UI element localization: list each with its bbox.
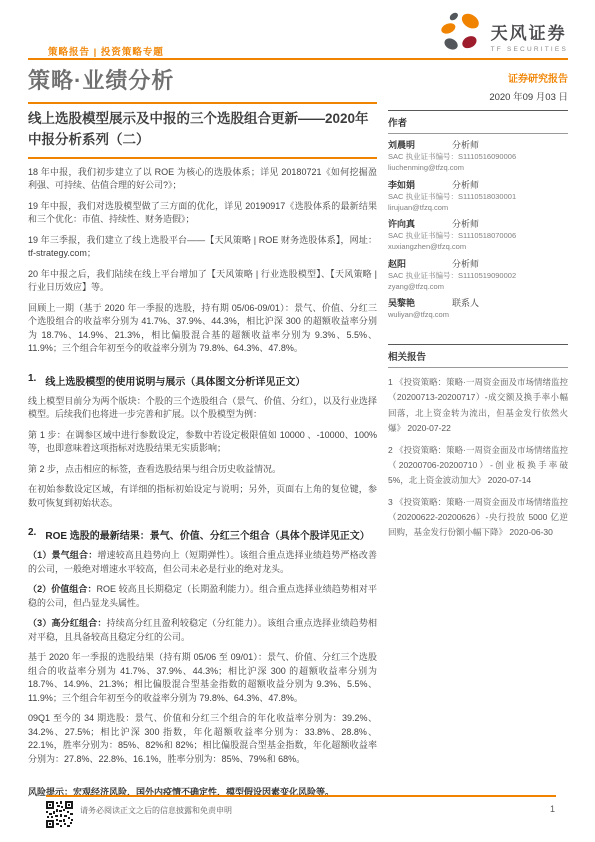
brand-subtitle: TF SECURITIES [491, 46, 568, 53]
author-role: 分析师 [452, 178, 479, 191]
author-sac: SAC 执业证书编号：S1110516090006 [388, 151, 568, 162]
section-2-paragraph: 09Q1 至今的 34 期选股：景气、价值和分红三个组合的年化收益率分别为：39… [28, 712, 377, 766]
main-column: 策略·业绩分析 线上选股模型展示及中报的三个选股组合更新——2020年中报分析系… [28, 64, 377, 798]
report-page: 策略报告 | 投资策略专题 天风证券 TF SECURITIES 策略·业绩分析… [0, 0, 595, 842]
abstract-paragraph: 19 年中报，我们对选股模型做了三方面的优化，详见 20190917《选股体系的… [28, 200, 377, 227]
sidebar: 证券研究报告 2020 年09 月03 日 作者 刘晨明分析师 SAC 执业证书… [388, 70, 568, 541]
report-category-title: 策略·业绩分析 [28, 64, 377, 95]
related-report-item: 1 《投资策略：策略·一周资金面及市场情绪监控（20200713-2020071… [388, 375, 568, 436]
footer-divider [46, 795, 556, 797]
author-name: 吴黎艳 [388, 296, 452, 309]
section-2-heading: 2. ROE 选股的最新结果：景气、价值、分红三个组合（具体个股详见正文） [28, 527, 377, 542]
author-role: 分析师 [452, 257, 479, 270]
author-email: wuliyan@tfzq.com [388, 309, 568, 320]
author-role: 联系人 [452, 296, 479, 309]
author-entry: 李如娟分析师 SAC 执业证书编号：S1110518030001 lirujua… [388, 174, 568, 214]
abstract-paragraph: 18 年中报，我们初步建立了以 ROE 为核心的选股体系；详见 20180721… [28, 166, 377, 193]
footer-disclaimer: 请务必阅读正文之后的信息披露和免责申明 [80, 805, 232, 816]
author-email: xuxiangzhen@tfzq.com [388, 241, 568, 252]
author-entry: 赵阳分析师 SAC 执业证书编号：S1110519090002 zyang@tf… [388, 253, 568, 293]
brand-name: 天风证券 [491, 19, 568, 44]
section-1-number: 1. [28, 373, 36, 388]
author-sac: SAC 执业证书编号：S1110518030001 [388, 191, 568, 202]
section-1-paragraph: 在初始参数设定区域，有详细的指标初始设定与说明；另外，页面右上角的复位键，参数可… [28, 483, 377, 510]
related-report-title: 2 《投资策略：策略·一周资金面及市场情绪监控（20200706-2020071… [388, 445, 568, 485]
related-report-date: 2020-06-30 [509, 527, 552, 537]
abstract: 18 年中报，我们初步建立了以 ROE 为核心的选股体系；详见 20180721… [28, 166, 377, 356]
portfolio-item-lead: （1）景气组合： [28, 550, 97, 560]
section-1-paragraph: 第 2 步，点击相应的标签，查看选股结果与组合历史收益情况。 [28, 463, 377, 477]
portfolio-item: （3）高分红组合：持续高分红且盈利较稳定（分红能力）。该组合重点选择业绩趋势相对… [28, 617, 377, 644]
related-report-item: 2 《投资策略：策略·一周资金面及市场情绪监控（20200706-2020071… [388, 443, 568, 488]
portfolio-item: （1）景气组合：增速较高且趋势向上（短期弹性）。该组合重点选择业绩趋势严格改善的… [28, 549, 377, 576]
report-date: 2020 年09 月03 日 [388, 89, 568, 103]
page-number: 1 [550, 804, 555, 814]
author-name: 李如娟 [388, 178, 452, 191]
related-report-date: 2020-07-22 [407, 423, 450, 433]
portfolio-item-lead: （3）高分红组合： [28, 618, 107, 628]
report-title: 线上选股模型展示及中报的三个选股组合更新——2020年中报分析系列（二） [28, 109, 377, 151]
related-report-date: 2020-07-14 [488, 475, 531, 485]
brand-logo: 天风证券 TF SECURITIES [441, 10, 568, 61]
authors-label: 作者 [388, 111, 568, 133]
section-2-paragraph: 基于 2020 年一季报的选股结果（持有期 05/06 至 09/01）：景气、… [28, 651, 377, 705]
section-1-paragraph: 线上模型目前分为两个版块：个股的三个选股组合（景气、价值、分红），以及行业选择模… [28, 395, 377, 422]
author-role: 分析师 [452, 217, 479, 230]
portfolio-item: （2）价值组合：ROE 较高且长期稳定（长期盈利能力）。组合重点选择业绩趋势相对… [28, 583, 377, 610]
doc-type-label: 证券研究报告 [388, 70, 568, 85]
author-name: 许向真 [388, 217, 452, 230]
section-1-paragraph: 第 1 步：在调参区域中进行参数设定，参数中若设定极限值如 10000 、-10… [28, 429, 377, 456]
author-name: 赵阳 [388, 257, 452, 270]
author-email: liuchenming@tfzq.com [388, 162, 568, 173]
section-1-heading-text: 线上选股模型的使用说明与展示（具体图文分析详见正文） [45, 373, 305, 388]
related-reports-label: 相关报告 [388, 345, 568, 367]
sidebar-divider [388, 367, 568, 368]
qr-code-icon [46, 801, 73, 828]
section-2-number: 2. [28, 527, 36, 542]
flower-logo-icon [441, 10, 485, 61]
author-entry: 许向真分析师 SAC 执业证书编号：S1110518070006 xuxiang… [388, 213, 568, 253]
author-sac: SAC 执业证书编号：S1110519090002 [388, 270, 568, 281]
report-title-block: 线上选股模型展示及中报的三个选股组合更新——2020年中报分析系列（二） [28, 102, 377, 159]
abstract-paragraph: 回顾上一期（基于 2020 年一季报的选股，持有期 05/06-09/01）：景… [28, 302, 377, 356]
author-email: zyang@tfzq.com [388, 281, 568, 292]
abstract-paragraph: 20 年中报之后，我们陆续在线上平台增加了【天风策略 | 行业选股模型】、【天风… [28, 268, 377, 295]
section-1-heading: 1. 线上选股模型的使用说明与展示（具体图文分析详见正文） [28, 373, 377, 388]
author-sac: SAC 执业证书编号：S1110518070006 [388, 230, 568, 241]
author-email: lirujuan@tfzq.com [388, 202, 568, 213]
author-entry: 吴黎艳联系人 wuliyan@tfzq.com [388, 292, 568, 320]
author-name: 刘晨明 [388, 138, 452, 151]
report-kicker: 策略报告 | 投资策略专题 [48, 44, 164, 58]
portfolio-item-lead: （2）价值组合： [28, 584, 97, 594]
abstract-paragraph: 19 年三季报，我们建立了线上选股平台——【天风策略 | ROE 财务选股体系】… [28, 234, 377, 261]
author-entry: 刘晨明分析师 SAC 执业证书编号：S1110516090006 liuchen… [388, 134, 568, 174]
related-report-item: 3 《投资策略：策略·一周资金面及市场情绪监控（20200622-2020062… [388, 495, 568, 540]
section-2-heading-text: ROE 选股的最新结果：景气、价值、分红三个组合（具体个股详见正文） [45, 527, 369, 542]
author-role: 分析师 [452, 138, 479, 151]
related-reports: 相关报告 1 《投资策略：策略·一周资金面及市场情绪监控（20200713-20… [388, 344, 568, 540]
